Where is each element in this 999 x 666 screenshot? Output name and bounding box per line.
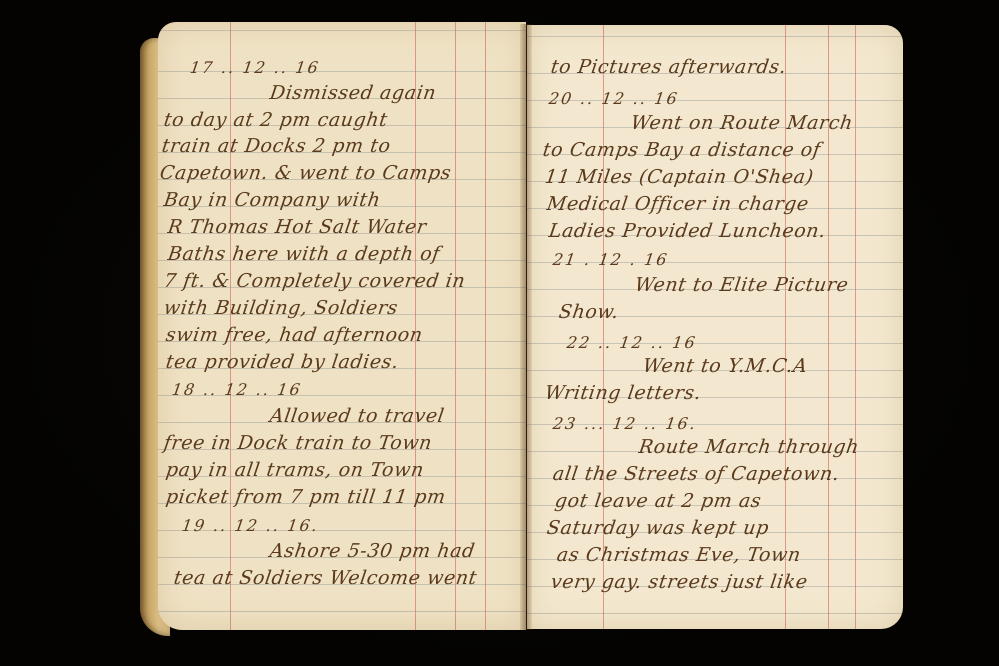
diary-line: got leave at 2 pm as: [553, 490, 762, 512]
diary-line: Show.: [557, 301, 620, 323]
diary-line: tea at Soldiers Welcome went: [172, 567, 478, 589]
red-column-rule: [455, 22, 456, 630]
notebook-spine-gutter: [520, 24, 532, 630]
diary-line: 11 Miles (Captain O'Shea): [543, 166, 815, 188]
diary-line: Went on Route March: [629, 112, 854, 134]
diary-line: with Building, Soldiers: [162, 297, 399, 319]
diary-date: 20 .. 12 .. 16: [548, 89, 680, 108]
diary-line: all the Streets of Capetown.: [551, 463, 841, 485]
diary-line: Saturday was kept up: [545, 517, 770, 539]
diary-date: 23 ... 12 .. 16.: [552, 414, 699, 433]
diary-date: 18 .. 12 .. 16: [171, 380, 303, 399]
diary-line: Ladies Provided Luncheon.: [547, 220, 827, 242]
diary-line: very gay. streets just like: [549, 571, 809, 593]
diary-line: to Pictures afterwards.: [549, 56, 787, 78]
diary-line: 7 ft. & Completely covered in: [162, 270, 466, 292]
diary-line: tea provided by ladies.: [164, 351, 400, 373]
diary-line: to day at 2 pm caught: [162, 109, 389, 131]
diary-line: train at Docks 2 pm to: [160, 135, 392, 157]
diary-line: Bay in Company with: [162, 189, 382, 211]
diary-date: 21 . 12 . 16: [552, 250, 670, 269]
diary-line: Ashore 5-30 pm had: [268, 540, 476, 562]
diary-line: Went to Y.M.C.A: [641, 355, 809, 377]
red-column-rule: [855, 25, 856, 629]
diary-line: Dismissed again: [268, 82, 437, 104]
diary-line: Baths here with a depth of: [166, 243, 441, 265]
diary-line: free in Dock train to Town: [162, 432, 433, 454]
diary-line: Medical Officer in charge: [545, 193, 810, 215]
diary-line: picket from 7 pm till 11 pm: [164, 486, 447, 508]
diary-line: Route March through: [637, 436, 860, 458]
diary-date: 17 .. 12 .. 16: [189, 58, 321, 77]
right-diary-page: to Pictures afterwards. 20 .. 12 .. 16 W…: [527, 25, 903, 629]
diary-line: Writing letters.: [543, 382, 702, 404]
diary-line: to Camps Bay a distance of: [541, 139, 822, 161]
diary-line: pay in all trams, on Town: [164, 459, 425, 481]
diary-date: 19 .. 12 .. 16.: [181, 516, 321, 535]
red-column-rule: [485, 22, 486, 630]
diary-line: Went to Elite Picture: [633, 274, 850, 296]
diary-line: as Christmas Eve, Town: [555, 544, 802, 566]
diary-line: Capetown. & went to Camps: [158, 162, 452, 184]
left-diary-page: 17 .. 12 .. 16 Dismissed again to day at…: [158, 22, 526, 630]
diary-line: R Thomas Hot Salt Water: [166, 216, 428, 238]
diary-line: Allowed to travel: [268, 405, 446, 427]
diary-date: 22 .. 12 .. 16: [566, 333, 698, 352]
diary-line: swim free, had afternoon: [164, 324, 424, 346]
